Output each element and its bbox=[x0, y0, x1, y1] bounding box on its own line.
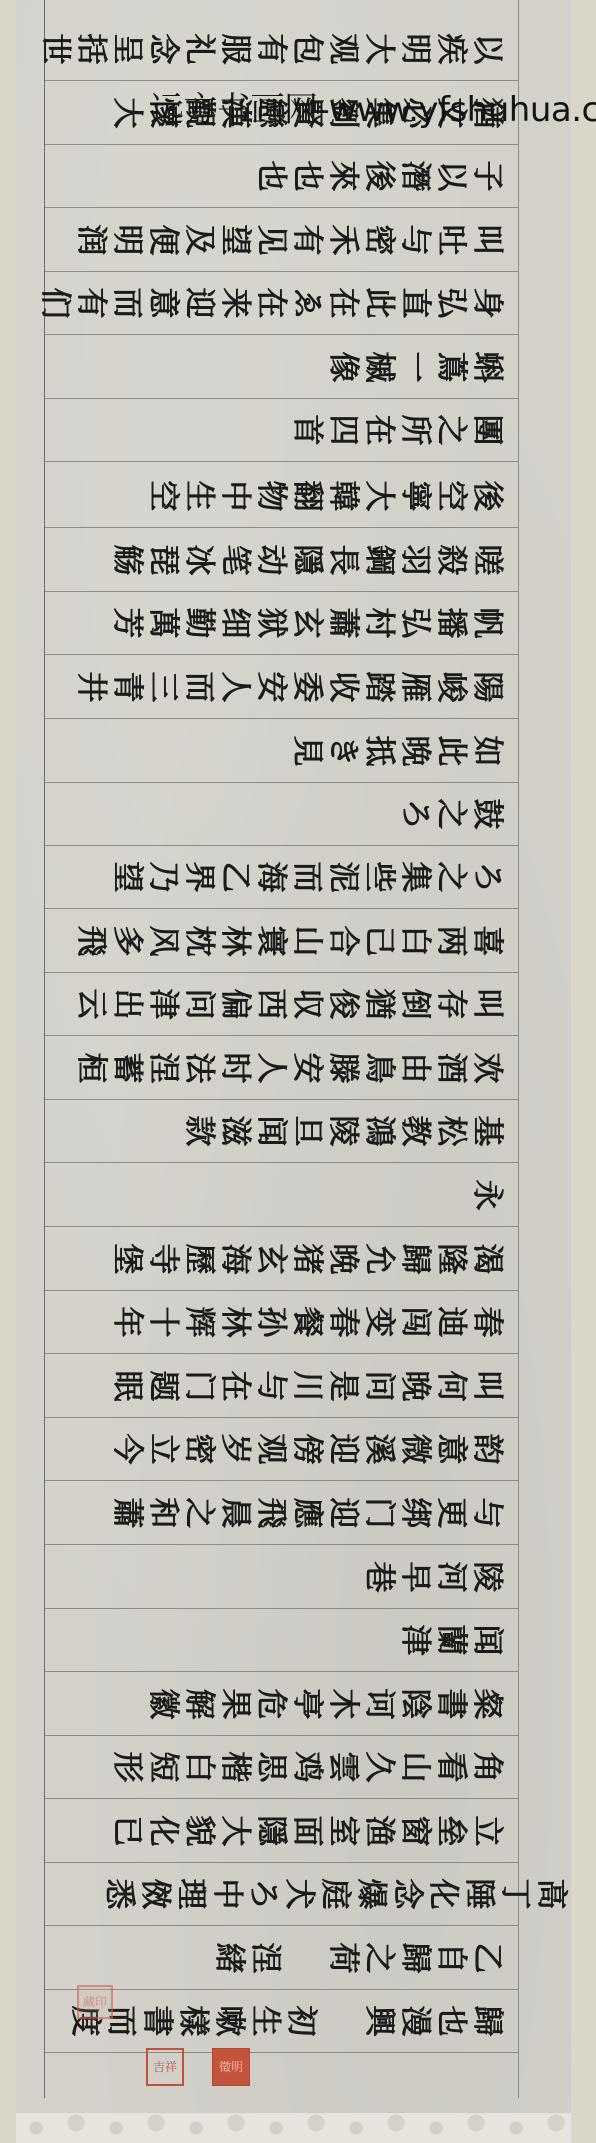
calligraphy-character: 人 bbox=[215, 670, 255, 704]
calligraphy-character: 玄 bbox=[287, 606, 327, 640]
calligraphy-column: 陽峻雁踏收委安人而三青井 bbox=[45, 656, 518, 719]
calligraphy-character: 陵 bbox=[467, 1560, 507, 1594]
calligraphy-character: 之 bbox=[359, 1941, 399, 1975]
calligraphy-character: 蔦 bbox=[431, 350, 471, 384]
calligraphy-character: 门 bbox=[359, 1496, 399, 1530]
calligraphy-character: 是 bbox=[323, 1369, 363, 1403]
calligraphy-character: 涅 bbox=[143, 1051, 183, 1085]
calligraphy-column: 嗟殺羽鋼長隱动笔冰琵觞 bbox=[45, 529, 518, 592]
calligraphy-character: 鼓 bbox=[467, 797, 507, 831]
column-text: 團之所在四首 bbox=[290, 407, 504, 453]
calligraphy-character: 身 bbox=[467, 286, 507, 320]
calligraphy-character: 在 bbox=[323, 286, 363, 320]
calligraphy-character: 禾 bbox=[323, 223, 363, 257]
calligraphy-column: 叫存倒猶俊収西偏问津出云 bbox=[45, 973, 518, 1036]
calligraphy-character: 歸 bbox=[467, 2004, 507, 2038]
calligraphy-character: 在 bbox=[215, 1369, 255, 1403]
calligraphy-character: 危 bbox=[251, 1687, 291, 1721]
calligraphy-character: 叫 bbox=[467, 223, 507, 257]
calligraphy-character: 嗟 bbox=[467, 543, 507, 577]
calligraphy-character: 林 bbox=[215, 924, 255, 958]
calligraphy-character: 琵 bbox=[143, 543, 183, 577]
calligraphy-character: ゑ bbox=[287, 286, 327, 320]
calligraphy-character: 興 bbox=[359, 2004, 399, 2038]
calligraphy-column: 喜两白己合山寰林枕风多飛 bbox=[45, 910, 518, 973]
calligraphy-character: 面 bbox=[287, 1814, 327, 1848]
calligraphy-character: 动 bbox=[251, 543, 291, 577]
calligraphy-character: 中 bbox=[215, 479, 255, 513]
calligraphy-character: 傍 bbox=[287, 1432, 327, 1466]
calligraphy-character: 大 bbox=[107, 96, 147, 130]
column-text: 叫存倒猶俊収西偏问津出云 bbox=[74, 981, 504, 1027]
calligraphy-character: 眠 bbox=[107, 1369, 147, 1403]
calligraphy-character: 形 bbox=[107, 1750, 147, 1784]
calligraphy-character: 闯 bbox=[395, 1305, 435, 1339]
calligraphy-character: 猶 bbox=[359, 987, 399, 1021]
artist-seal-filled: 徵明 bbox=[212, 2048, 250, 2086]
calligraphy-character: 时 bbox=[215, 1051, 255, 1085]
calligraphy-column: 粲書陰诃木亭危果解徽 bbox=[45, 1673, 518, 1736]
calligraphy-character: 蝌 bbox=[467, 350, 507, 384]
calligraphy-character: 与 bbox=[467, 1496, 507, 1530]
calligraphy-character: 雲 bbox=[323, 1750, 363, 1784]
seal-text: 藏印 bbox=[83, 1996, 107, 2009]
calligraphy-character: 集 bbox=[395, 860, 435, 894]
brocade-mounting bbox=[16, 2113, 571, 2143]
calligraphy-character: 题 bbox=[143, 1369, 183, 1403]
column-text: 角看山久雲鸡思楷白短形 bbox=[110, 1744, 504, 1790]
calligraphy-character: 來 bbox=[323, 159, 363, 193]
calligraphy-character: 在 bbox=[359, 413, 399, 447]
calligraphy-character: 年 bbox=[107, 1305, 147, 1339]
calligraphy-character: 俊 bbox=[323, 987, 363, 1021]
calligraphy-character: 世 bbox=[35, 32, 75, 66]
calligraphy-column: 叫何晚问是川与在门题眠 bbox=[45, 1355, 518, 1418]
calligraphy-character: 自 bbox=[431, 1941, 471, 1975]
calligraphy-character: 收 bbox=[323, 670, 363, 704]
calligraphy-character: 安 bbox=[251, 670, 291, 704]
calligraphy-character: 晚 bbox=[395, 1369, 435, 1403]
calligraphy-character: 丁 bbox=[495, 1877, 535, 1911]
calligraphy-column: 角看山久雲鸡思楷白短形 bbox=[45, 1736, 518, 1799]
calligraphy-character: 子 bbox=[467, 159, 507, 193]
calligraphy-character: 隆 bbox=[431, 1242, 471, 1276]
calligraphy-character: 而 bbox=[179, 670, 219, 704]
calligraphy-character: 立 bbox=[467, 1814, 507, 1848]
column-text: 欢酒由鳥滕安人时法涅蓄桓 bbox=[74, 1045, 504, 1091]
calligraphy-column: 叫吐与密禾有见望及便明润 bbox=[45, 209, 518, 272]
calligraphy-character: 教 bbox=[395, 1114, 435, 1148]
calligraphy-column: 立垒窗渔室面隱大貌化已 bbox=[45, 1800, 518, 1863]
calligraphy-character: 何 bbox=[431, 1369, 471, 1403]
calligraphy-character: 云 bbox=[71, 987, 111, 1021]
calligraphy-character: 収 bbox=[287, 987, 327, 1021]
column-text: 嗟殺羽鋼長隱动笔冰琵觞 bbox=[110, 537, 504, 583]
calligraphy-character: 後 bbox=[467, 479, 507, 513]
column-text: 喜两白己合山寰林枕风多飛 bbox=[74, 918, 504, 964]
calligraphy-character: 津 bbox=[395, 1623, 435, 1657]
calligraphy-character: 闻 bbox=[251, 1114, 291, 1148]
calligraphy-character: 帆 bbox=[467, 606, 507, 640]
calligraphy-character: 溪 bbox=[359, 1432, 399, 1466]
calligraphy-character: 有 bbox=[287, 223, 327, 257]
calligraphy-character: 楷 bbox=[215, 1750, 255, 1784]
calligraphy-character: ろ bbox=[467, 860, 507, 894]
calligraphy-character: 高 bbox=[531, 1877, 571, 1911]
calligraphy-character: 辉 bbox=[179, 1305, 219, 1339]
calligraphy-column: 闻蘭津 bbox=[45, 1609, 518, 1672]
calligraphy-character: 韓 bbox=[323, 479, 363, 513]
calligraphy-character: 殺 bbox=[431, 543, 471, 577]
calligraphy-character: 樣 bbox=[173, 2004, 213, 2038]
column-text: 粲書陰诃木亭危果解徽 bbox=[146, 1681, 504, 1727]
calligraphy-character: 礼 bbox=[179, 32, 219, 66]
calligraphy-character: 变 bbox=[359, 1305, 399, 1339]
calligraphy-character: 问 bbox=[179, 987, 219, 1021]
calligraphy-character: 槭 bbox=[359, 350, 399, 384]
column-text: 如此晚抵き見 bbox=[290, 728, 504, 774]
calligraphy-character: 呈 bbox=[107, 32, 147, 66]
calligraphy-character: 河 bbox=[431, 1560, 471, 1594]
calligraphy-character: 春 bbox=[467, 1305, 507, 1339]
calligraphy-character: 蘭 bbox=[431, 1623, 471, 1657]
calligraphy-character: 井 bbox=[71, 670, 111, 704]
calligraphy-character: 迎 bbox=[323, 1432, 363, 1466]
calligraphy-character: 生 bbox=[179, 479, 219, 513]
calligraphy-column: 春迪闯变春餐孙林辉十年 bbox=[45, 1291, 518, 1354]
calligraphy-character: 潛 bbox=[395, 159, 435, 193]
calligraphy-character: 涅 bbox=[245, 1941, 285, 1975]
calligraphy-column: 蝌蔦一槭像 bbox=[45, 336, 518, 399]
column-text: 帆播弘村蕭玄狱细勤萬芳 bbox=[110, 600, 504, 646]
calligraphy-character: 渴 bbox=[467, 1242, 507, 1276]
calligraphy-character: 物 bbox=[251, 479, 291, 513]
calligraphy-character: 理 bbox=[171, 1877, 211, 1911]
calligraphy-character: 以 bbox=[431, 159, 471, 193]
calligraphy-character: 之 bbox=[179, 1496, 219, 1530]
calligraphy-character: 垒 bbox=[431, 1814, 471, 1848]
column-text: 鼓之ろ bbox=[398, 791, 504, 837]
calligraphy-character: 合 bbox=[323, 924, 363, 958]
calligraphy-character: 明 bbox=[395, 32, 435, 66]
calligraphy-character: 寺 bbox=[143, 1242, 183, 1276]
calligraphy-character: 绑 bbox=[395, 1496, 435, 1530]
calligraphy-column: 乙自歸之荷涅緒 bbox=[45, 1927, 518, 1990]
calligraphy-character: 鸡 bbox=[287, 1750, 327, 1784]
ruled-grid: 以疾明大观包有服礼念呈括世猶文必集劉賢戀漢觀懷大子以潛後來也也叫吐与密禾有见望及… bbox=[44, 0, 519, 2098]
calligraphy-character: き bbox=[323, 734, 363, 768]
calligraphy-character: 空 bbox=[431, 479, 471, 513]
calligraphy-character: 早 bbox=[395, 1560, 435, 1594]
calligraphy-character: 括 bbox=[71, 32, 111, 66]
column-text: 蝌蔦一槭像 bbox=[326, 344, 504, 390]
seal-text: 吉祥 bbox=[153, 2061, 177, 2074]
calligraphy-character: 勤 bbox=[179, 606, 219, 640]
calligraphy-character: 山 bbox=[287, 924, 327, 958]
calligraphy-character: 细 bbox=[215, 606, 255, 640]
calligraphy-character: 意 bbox=[143, 286, 183, 320]
calligraphy-character: 短 bbox=[143, 1750, 183, 1784]
calligraphy-character: 安 bbox=[287, 1051, 327, 1085]
calligraphy-character: 多 bbox=[107, 924, 147, 958]
calligraphy-column: 團之所在四首 bbox=[45, 399, 518, 462]
calligraphy-column: 帆播弘村蕭玄狱细勤萬芳 bbox=[45, 592, 518, 655]
calligraphy-column: 以疾明大观包有服礼念呈括世 bbox=[45, 18, 518, 81]
calligraphy-column: 身弘直此在ゑ在来迎意而有们 bbox=[45, 272, 518, 335]
calligraphy-character: 雁 bbox=[395, 670, 435, 704]
calligraphy-column: 後空寧大韓翻物中生空 bbox=[45, 465, 518, 528]
calligraphy-column: 歸也漫興初生嗽樣書而度 bbox=[45, 1990, 518, 2053]
calligraphy-character: 今 bbox=[107, 1432, 147, 1466]
calligraphy-character: 後 bbox=[359, 159, 399, 193]
calligraphy-character: 一 bbox=[395, 350, 435, 384]
calligraphy-character: 门 bbox=[179, 1369, 219, 1403]
calligraphy-character: 白 bbox=[179, 1750, 219, 1784]
column-text: ろ之集些泥而海乙界乃望 bbox=[110, 854, 504, 900]
column-text: 春迪闯变春餐孙林辉十年 bbox=[110, 1299, 504, 1345]
calligraphy-character: 犬 bbox=[279, 1877, 319, 1911]
calligraphy-character: 之 bbox=[431, 797, 471, 831]
calligraphy-character: 初 bbox=[281, 2004, 321, 2038]
calligraphy-character: 偏 bbox=[215, 987, 255, 1021]
calligraphy-column: 欢酒由鳥滕安人时法涅蓄桓 bbox=[45, 1037, 518, 1100]
calligraphy-character: 喜 bbox=[467, 924, 507, 958]
calligraphy-character: 允 bbox=[359, 1242, 399, 1276]
calligraphy-character: 化 bbox=[423, 1877, 463, 1911]
calligraphy-character: 所 bbox=[395, 413, 435, 447]
calligraphy-character: 翻 bbox=[287, 479, 327, 513]
column-text: 身弘直此在ゑ在来迎意而有们 bbox=[38, 280, 504, 326]
calligraphy-column: 高丁陲化念爆庭犬ろ中理傚悉 bbox=[45, 1863, 518, 1926]
calligraphy-character: 此 bbox=[359, 286, 399, 320]
calligraphy-character: 化 bbox=[143, 1814, 183, 1848]
calligraphy-character: 念 bbox=[387, 1877, 427, 1911]
calligraphy-character: 村 bbox=[359, 606, 399, 640]
column-text: 以疾明大观包有服礼念呈括世 bbox=[38, 26, 504, 72]
calligraphy-character: 隱 bbox=[251, 1814, 291, 1848]
calligraphy-character: 林 bbox=[215, 1305, 255, 1339]
calligraphy-character: 也 bbox=[251, 159, 291, 193]
calligraphy-character: 也 bbox=[431, 2004, 471, 2038]
calligraphy-character: 悉 bbox=[99, 1877, 139, 1911]
calligraphy-character: 而 bbox=[107, 286, 147, 320]
calligraphy-character: ろ bbox=[395, 797, 435, 831]
calligraphy-character: 迎 bbox=[179, 286, 219, 320]
calligraphy-character: 歸 bbox=[395, 1941, 435, 1975]
calligraphy-character: 酒 bbox=[431, 1051, 471, 1085]
calligraphy-character: 之 bbox=[431, 860, 471, 894]
calligraphy-character: 歷 bbox=[179, 1242, 219, 1276]
calligraphy-character: 滋 bbox=[215, 1114, 255, 1148]
calligraphy-character: 蕭 bbox=[107, 1496, 147, 1530]
scroll-paper: 以疾明大观包有服礼念呈括世猶文必集劉賢戀漢觀懷大子以潛後來也也叫吐与密禾有见望及… bbox=[16, 0, 571, 2113]
calligraphy-character: 乙 bbox=[215, 860, 255, 894]
calligraphy-character: 服 bbox=[215, 32, 255, 66]
calligraphy-character: 狱 bbox=[251, 606, 291, 640]
calligraphy-character: 三 bbox=[143, 670, 183, 704]
calligraphy-character: 永 bbox=[467, 1178, 507, 1212]
calligraphy-character: 寧 bbox=[395, 479, 435, 513]
column-text: 陽峻雁踏收委安人而三青井 bbox=[74, 664, 504, 710]
calligraphy-character: 己 bbox=[359, 924, 399, 958]
calligraphy-character: 十 bbox=[143, 1305, 183, 1339]
calligraphy-character: 密 bbox=[359, 223, 399, 257]
calligraphy-character: 与 bbox=[251, 1369, 291, 1403]
calligraphy-character: 乃 bbox=[143, 860, 183, 894]
calligraphy-character: 萬 bbox=[143, 606, 183, 640]
column-text: 韵意微溪迎傍观岁密立今 bbox=[110, 1426, 504, 1472]
calligraphy-character: 爆 bbox=[351, 1877, 391, 1911]
calligraphy-character: 桓 bbox=[71, 1051, 111, 1085]
calligraphy-character: 岁 bbox=[215, 1432, 255, 1466]
column-text: 乙自歸之荷涅緒 bbox=[212, 1935, 504, 1981]
calligraphy-character: 徽 bbox=[143, 1687, 183, 1721]
calligraphy-character: 果 bbox=[215, 1687, 255, 1721]
calligraphy-character: 弘 bbox=[431, 286, 471, 320]
calligraphy-character: 像 bbox=[323, 350, 363, 384]
calligraphy-character: 吐 bbox=[431, 223, 471, 257]
calligraphy-character: ろ bbox=[243, 1877, 283, 1911]
calligraphy-character: 们 bbox=[35, 286, 75, 320]
calligraphy-character: 法 bbox=[179, 1051, 219, 1085]
calligraphy-character: 出 bbox=[107, 987, 147, 1021]
calligraphy-character: 委 bbox=[287, 670, 327, 704]
calligraphy-character: 團 bbox=[467, 413, 507, 447]
collector-seal-faded: 藏印 bbox=[77, 1985, 113, 2019]
calligraphy-character: 漫 bbox=[395, 2004, 435, 2038]
calligraphy-character: 孙 bbox=[251, 1305, 291, 1339]
calligraphy-character: 猪 bbox=[287, 1242, 327, 1276]
calligraphy-column: 韵意微溪迎傍观岁密立今 bbox=[45, 1418, 518, 1481]
calligraphy-column: 与更绑门迎應飛晨之和蕭 bbox=[45, 1482, 518, 1545]
calligraphy-character: 欢 bbox=[467, 1051, 507, 1085]
calligraphy-character: 貌 bbox=[179, 1814, 219, 1848]
calligraphy-character: 闻 bbox=[467, 1623, 507, 1657]
calligraphy-character: 觞 bbox=[107, 543, 147, 577]
calligraphy-character: 庭 bbox=[315, 1877, 355, 1911]
column-space bbox=[320, 2001, 360, 2041]
calligraphy-character: 便 bbox=[143, 223, 183, 257]
calligraphy-character: 有 bbox=[71, 286, 111, 320]
calligraphy-character: 峻 bbox=[431, 670, 471, 704]
calligraphy-character: 渔 bbox=[359, 1814, 399, 1848]
calligraphy-character: 观 bbox=[323, 32, 363, 66]
calligraphy-character: 窗 bbox=[395, 1814, 435, 1848]
calligraphy-character: 生 bbox=[245, 2004, 285, 2038]
calligraphy-column: 基松教鴻陵旦闻滋款 bbox=[45, 1100, 518, 1163]
calligraphy-character: 寰 bbox=[251, 924, 291, 958]
calligraphy-character: 玄 bbox=[251, 1242, 291, 1276]
calligraphy-character: 弘 bbox=[395, 606, 435, 640]
calligraphy-character: 津 bbox=[143, 987, 183, 1021]
calligraphy-column: 子以潛後來也也 bbox=[45, 145, 518, 208]
calligraphy-character: 海 bbox=[251, 860, 291, 894]
calligraphy-character: 来 bbox=[215, 286, 255, 320]
calligraphy-character: 空 bbox=[143, 479, 183, 513]
calligraphy-character: 荷 bbox=[323, 1941, 363, 1975]
calligraphy-character: 迎 bbox=[323, 1496, 363, 1530]
calligraphy-character: 有 bbox=[251, 32, 291, 66]
calligraphy-character: 望 bbox=[215, 223, 255, 257]
calligraphy-character: 鋼 bbox=[359, 543, 399, 577]
calligraphy-character: 叫 bbox=[467, 987, 507, 1021]
calligraphy-character: 飛 bbox=[71, 924, 111, 958]
calligraphy-character: 泥 bbox=[323, 860, 363, 894]
calligraphy-character: 西 bbox=[251, 987, 291, 1021]
calligraphy-character: 润 bbox=[71, 223, 111, 257]
calligraphy-character: 海 bbox=[215, 1242, 255, 1276]
calligraphy-character: 歸 bbox=[395, 1242, 435, 1276]
calligraphy-character: 大 bbox=[359, 32, 399, 66]
calligraphy-character: 在 bbox=[251, 286, 291, 320]
calligraphy-character: 韵 bbox=[467, 1432, 507, 1466]
calligraphy-character: 旦 bbox=[287, 1114, 327, 1148]
calligraphy-character: 更 bbox=[431, 1496, 471, 1530]
calligraphy-character: 之 bbox=[431, 413, 471, 447]
calligraphy-character: 念 bbox=[143, 32, 183, 66]
calligraphy-character: 乙 bbox=[467, 1941, 507, 1975]
calligraphy-character: 晚 bbox=[323, 1242, 363, 1276]
column-text: 子以潛後來也也 bbox=[254, 153, 504, 199]
artist-seal-outline: 吉祥 bbox=[146, 2048, 184, 2086]
calligraphy-character: 陽 bbox=[467, 670, 507, 704]
calligraphy-column: 鼓之ろ bbox=[45, 783, 518, 846]
calligraphy-character: 两 bbox=[431, 924, 471, 958]
calligraphy-character: 明 bbox=[107, 223, 147, 257]
calligraphy-character: 蓄 bbox=[107, 1051, 147, 1085]
calligraphy-character: 笔 bbox=[215, 543, 255, 577]
calligraphy-character: 以 bbox=[467, 32, 507, 66]
calligraphy-character: 傚 bbox=[135, 1877, 175, 1911]
calligraphy-character: 倒 bbox=[395, 987, 435, 1021]
calligraphy-character: 鴻 bbox=[359, 1114, 399, 1148]
calligraphy-character: 迪 bbox=[431, 1305, 471, 1339]
calligraphy-character: 播 bbox=[431, 606, 471, 640]
calligraphy-character: 中 bbox=[207, 1877, 247, 1911]
calligraphy-character: 見 bbox=[287, 734, 327, 768]
calligraphy-character: 鳥 bbox=[359, 1051, 399, 1085]
calligraphy-character: 抵 bbox=[359, 734, 399, 768]
calligraphy-character: 亭 bbox=[287, 1687, 327, 1721]
calligraphy-character: 与 bbox=[395, 223, 435, 257]
calligraphy-character: 此 bbox=[431, 734, 471, 768]
calligraphy-character: 羽 bbox=[395, 543, 435, 577]
calligraphy-character: 直 bbox=[395, 286, 435, 320]
column-text: 立垒窗渔室面隱大貌化已 bbox=[110, 1808, 504, 1854]
calligraphy-character: 長 bbox=[323, 543, 363, 577]
calligraphy-character: 微 bbox=[395, 1432, 435, 1466]
calligraphy-character: 應 bbox=[287, 1496, 327, 1530]
column-text: 渴隆歸允晚猪玄海歷寺堡 bbox=[110, 1236, 504, 1282]
calligraphy-character: 飛 bbox=[251, 1496, 291, 1530]
calligraphy-character: 和 bbox=[143, 1496, 183, 1530]
calligraphy-character: 晨 bbox=[215, 1496, 255, 1530]
calligraphy-character: 陵 bbox=[323, 1114, 363, 1148]
calligraphy-character: 松 bbox=[431, 1114, 471, 1148]
calligraphy-character: 滕 bbox=[323, 1051, 363, 1085]
calligraphy-character: 及 bbox=[179, 223, 219, 257]
calligraphy-character: 密 bbox=[179, 1432, 219, 1466]
calligraphy-character: 粲 bbox=[467, 1687, 507, 1721]
calligraphy-character: 久 bbox=[359, 1750, 399, 1784]
calligraphy-character: 立 bbox=[143, 1432, 183, 1466]
column-text: 高丁陲化念爆庭犬ろ中理傚悉 bbox=[102, 1871, 568, 1917]
column-text: 基松教鴻陵旦闻滋款 bbox=[182, 1108, 504, 1154]
column-text: 歸也漫興初生嗽樣書而度 bbox=[68, 1998, 504, 2044]
calligraphy-character: 大 bbox=[359, 479, 399, 513]
watermark: 远方书画网-www.yfshuhua.c bbox=[150, 82, 596, 131]
calligraphy-character: 蕭 bbox=[323, 606, 363, 640]
